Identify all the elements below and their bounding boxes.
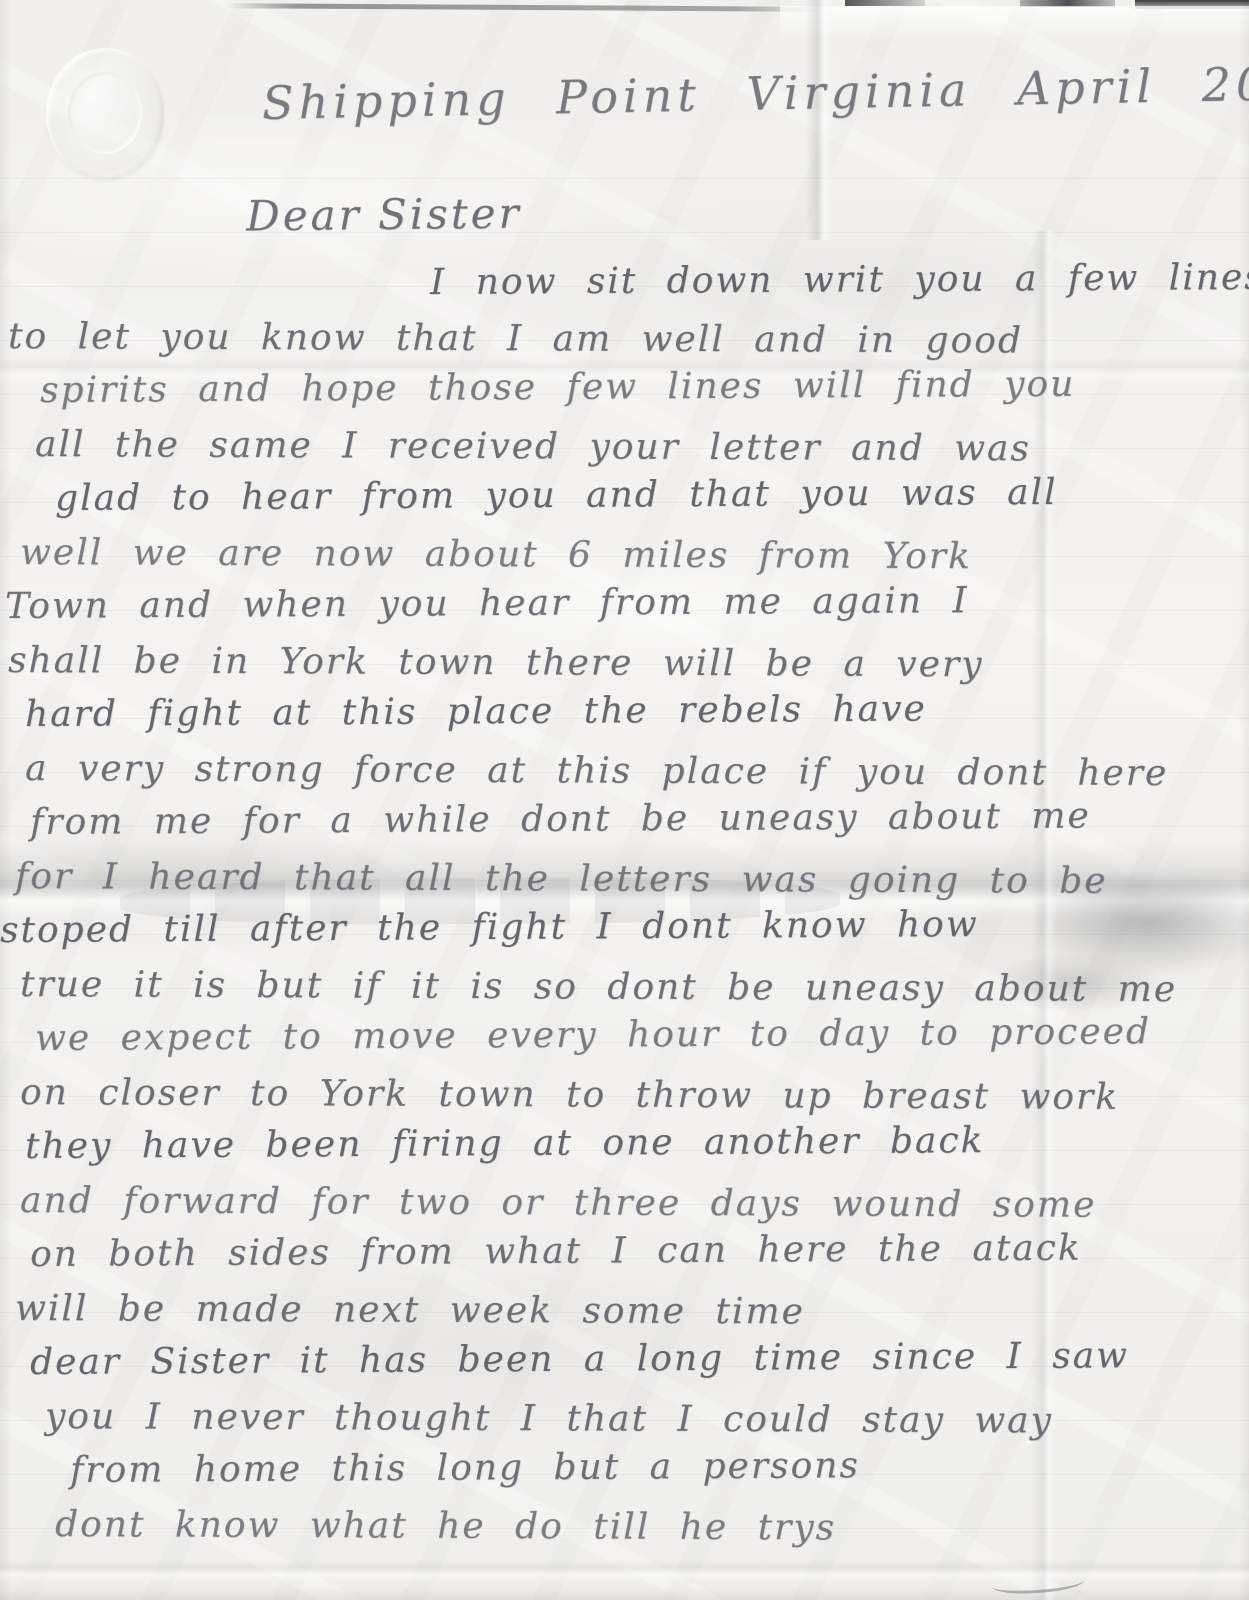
letter-line: all the same I received your letter and … <box>35 424 1031 469</box>
letter-line: spirits and hope those few lines will fi… <box>40 364 1076 411</box>
letter-line: shall be in York town there will be a ve… <box>8 640 984 685</box>
letter-line: true it is but if it is so dont be uneas… <box>20 964 1177 1010</box>
letter-line: from home this long but a persons <box>70 1445 860 1491</box>
fold-crease-vertical-top <box>806 0 834 240</box>
pencil-scribble <box>991 1571 1084 1596</box>
fold-crease-upper <box>0 358 1249 384</box>
paper-edge-top-crease <box>225 3 825 12</box>
paper-edge-top-dark-3 <box>1135 0 1249 9</box>
paper-edge-right-shadow <box>1239 0 1249 1600</box>
paper-edge-left-shadow <box>0 0 12 1600</box>
fold-crease-vertical-mid <box>1032 230 1056 1600</box>
ruled-lines <box>0 126 1249 1581</box>
letter-line: and forward for two or three days wound … <box>20 1180 1096 1226</box>
letter-dateline: Shipping Point Virginia April 20th <box>261 56 1249 130</box>
letter-line: for I heard that all the letters was goi… <box>15 856 1108 902</box>
fold-crease-middle-smudge <box>1000 855 1249 1025</box>
letter-salutation: Dear Sister <box>246 189 522 241</box>
letter-line: stoped till after the fight I dont know … <box>0 904 979 951</box>
paper-edge-top-highlight <box>780 6 1249 40</box>
letter-line: hard fight at this place the rebels have <box>25 688 927 735</box>
letter-line: I now sit down writ you a few lines <box>430 257 1249 303</box>
letter-line: they have been firing at one another bac… <box>25 1120 985 1167</box>
paper-edge-top-dark-1 <box>845 0 925 6</box>
letter-line: you I never thought I that I could stay … <box>45 1396 1053 1441</box>
fold-crease-middle <box>0 840 1249 918</box>
letter-line: well we are now about 6 miles from York <box>20 532 972 577</box>
letter-line: on both sides from what I can here the a… <box>30 1228 1082 1275</box>
letter-line: Town and when you hear from me again I <box>5 580 969 627</box>
letter-line: glad to hear from you and that you was a… <box>55 472 1058 519</box>
letter-page: Shipping Point Virginia April 20th Dear … <box>0 0 1249 1600</box>
letter-line: will be made next week some time <box>15 1288 805 1332</box>
letter-line: a very strong force at this place if you… <box>25 748 1168 794</box>
letter-line: dont know what he do till he trys <box>55 1504 836 1548</box>
letter-line: we expect to move every hour to day to p… <box>35 1011 1151 1059</box>
letter-line: dear Sister it has been a long time sinc… <box>30 1335 1129 1383</box>
embossed-seal <box>46 48 164 180</box>
letter-line: to let you know that I am well and in go… <box>8 316 1023 361</box>
letter-line: from me for a while dont be uneasy about… <box>30 796 1091 843</box>
paper-edge-top-dark-2 <box>1020 0 1115 7</box>
fold-crease-middle-scallops <box>120 876 840 926</box>
letter-line: on closer to York town to throw up breas… <box>20 1072 1119 1118</box>
